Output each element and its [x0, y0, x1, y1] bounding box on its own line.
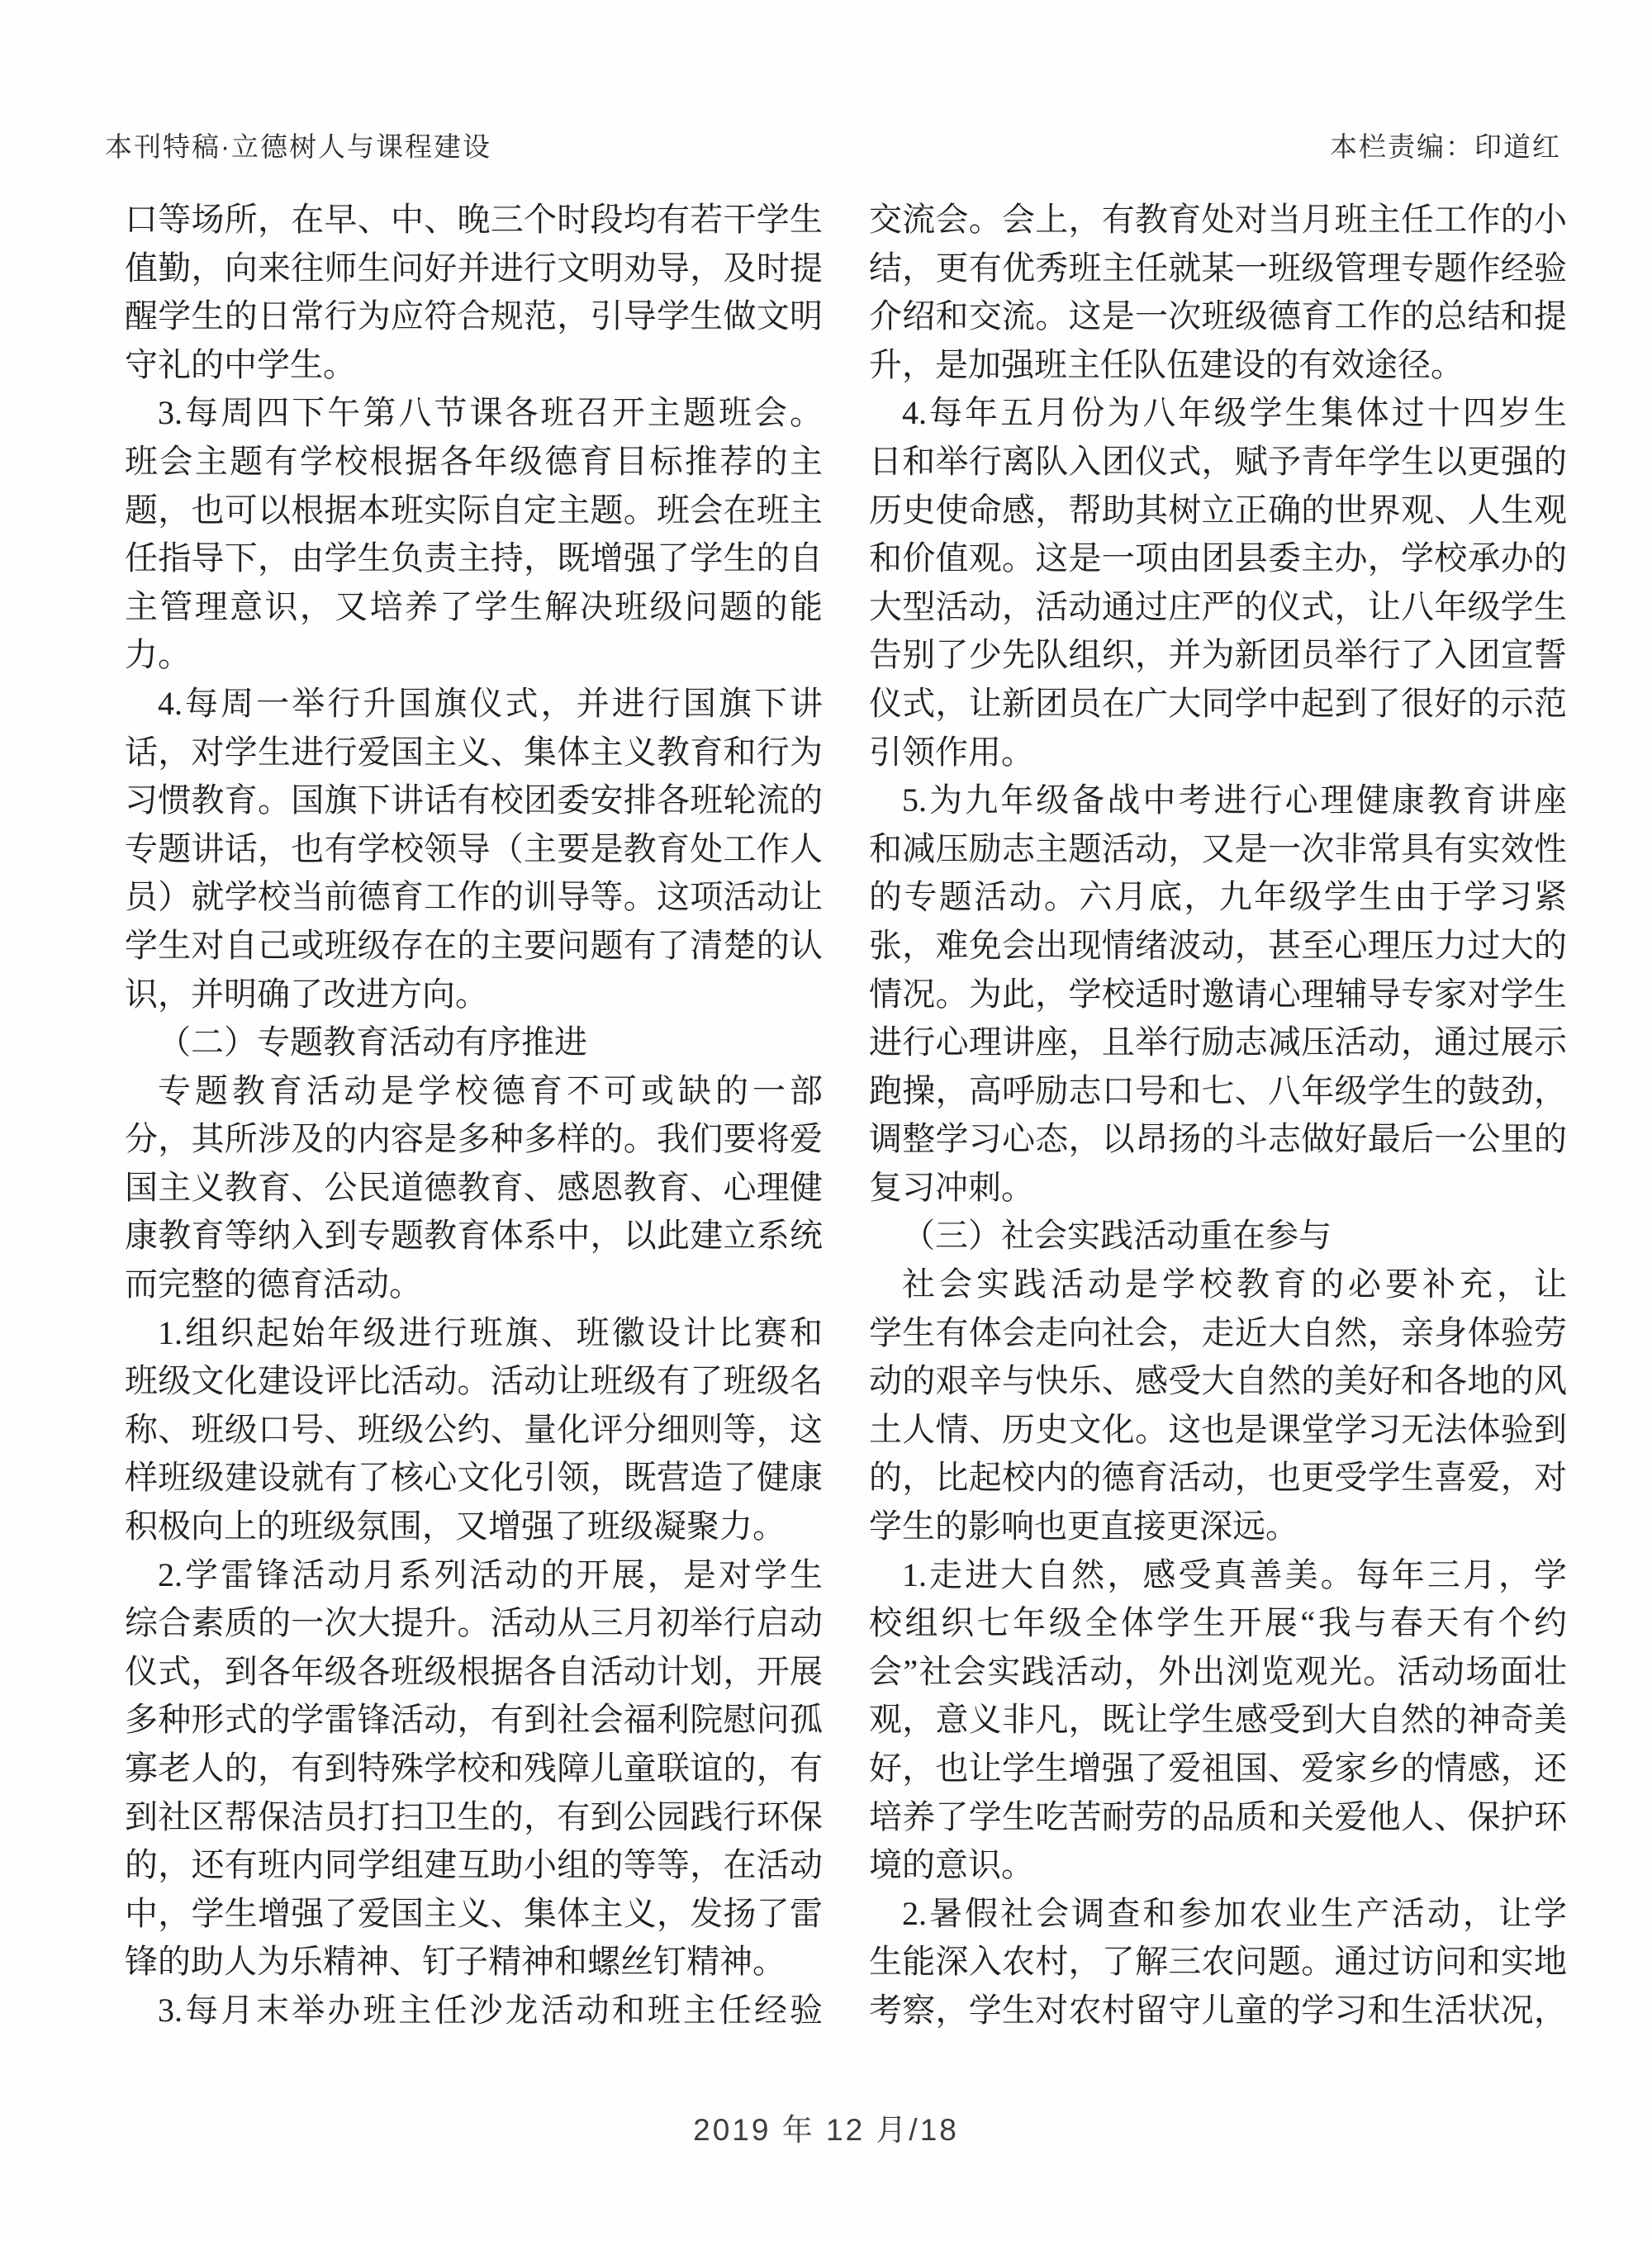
text-line: 社会实践活动是学校教育的必要补充，让: [869, 1261, 1567, 1309]
text-line: 醒学生的日常行为应符合规范，引导学生做文明: [125, 292, 823, 341]
text-line: 班会主题有学校根据各年级德育目标推荐的主: [125, 438, 823, 487]
text-line: 国主义教育、公民道德教育、感恩教育、心理健: [125, 1164, 823, 1213]
text-line: 学生有体会走向社会，走近大自然，亲身体验劳: [869, 1309, 1567, 1358]
header-column-title: 本刊特稿·立德树人与课程建设: [105, 131, 491, 164]
text-line: 称、班级口号、班级公约、量化评分细则等，这: [125, 1406, 823, 1455]
text-line: 话，对学生进行爱国主义、集体主义教育和行为: [125, 729, 823, 777]
column-right: 交流会。会上，有教育处对当月班主任工作的小结，更有优秀班主任就某一班级管理专题作…: [869, 196, 1567, 2035]
text-line: 康教育等纳入到专题教育体系中，以此建立系统: [125, 1212, 823, 1261]
text-line: 4.每周一举行升国旗仪式，并进行国旗下讲: [125, 680, 823, 729]
text-line: 仪式，到各年级各班级根据各自活动计划，开展: [125, 1648, 823, 1697]
header-editor-credit: 本栏责编：印道红: [1330, 131, 1561, 164]
text-line: 培养了学生吃苦耐劳的品质和关爱他人、保护环: [869, 1793, 1567, 1842]
text-line: 日和举行离队入团仪式，赋予青年学生以更强的: [869, 438, 1567, 487]
text-line: 员）就学校当前德育工作的训导等。这项活动让: [125, 873, 823, 922]
text-line: 的专题活动。六月底，九年级学生由于学习紧: [869, 873, 1567, 922]
text-line: 和价值观。这是一项由团县委主办，学校承办的: [869, 534, 1567, 583]
text-line: （三）社会实践活动重在参与: [869, 1212, 1567, 1261]
text-line: 多种形式的学雷锋活动，有到社会福利院慰问孤: [125, 1696, 823, 1745]
text-line: 情况。为此，学校适时邀请心理辅导专家对学生: [869, 971, 1567, 1019]
text-line: 调整学习心态，以昂扬的斗志做好最后一公里的: [869, 1115, 1567, 1164]
text-line: 境的意识。: [869, 1841, 1567, 1890]
text-line: 样班级建设就有了核心文化引领，既营造了健康: [125, 1454, 823, 1503]
text-line: 生能深入农村，了解三农问题。通过访问和实地: [869, 1938, 1567, 1987]
text-line: 观，意义非凡，既让学生感受到大自然的神奇美: [869, 1696, 1567, 1745]
text-line: 2.学雷锋活动月系列活动的开展，是对学生: [125, 1551, 823, 1600]
text-line: 升，是加强班主任队伍建设的有效途径。: [869, 341, 1567, 390]
text-line: 土人情、历史文化。这也是课堂学习无法体验到: [869, 1406, 1567, 1455]
document-page: 本刊特稿·立德树人与课程建设 本栏责编：印道红 口等场所，在早、中、晚三个时段均…: [0, 0, 1652, 2241]
text-line: 好，也让学生增强了爱祖国、爱家乡的情感，还: [869, 1745, 1567, 1793]
text-line: 寡老人的，有到特殊学校和残障儿童联谊的，有: [125, 1745, 823, 1793]
footer-page-info: 2019 年 12 月/18: [0, 2105, 1652, 2149]
text-line: 力。: [125, 631, 823, 680]
text-line: 班级文化建设评比活动。活动让班级有了班级名: [125, 1357, 823, 1406]
text-line: 告别了少先队组织，并为新团员举行了入团宣誓: [869, 631, 1567, 680]
text-line: 历史使命感，帮助其树立正确的世界观、人生观: [869, 487, 1567, 535]
text-line: 积极向上的班级氛围，又增强了班级凝聚力。: [125, 1503, 823, 1551]
text-line: 2.暑假社会调查和参加农业生产活动，让学: [869, 1890, 1567, 1939]
text-line: 口等场所，在早、中、晚三个时段均有若干学生: [125, 196, 823, 245]
text-line: 结，更有优秀班主任就某一班级管理专题作经验: [869, 245, 1567, 293]
text-line: 守礼的中学生。: [125, 341, 823, 390]
text-line: 专题讲话，也有学校领导（主要是教育处工作人: [125, 825, 823, 874]
text-line: 5.为九年级备战中考进行心理健康教育讲座: [869, 776, 1567, 825]
text-line: 任指导下，由学生负责主持，既增强了学生的自: [125, 534, 823, 583]
text-line: 中，学生增强了爱国主义、集体主义，发扬了雷: [125, 1890, 823, 1939]
text-line: 和减压励志主题活动，又是一次非常具有实效性: [869, 825, 1567, 874]
text-line: 3.每月末举办班主任沙龙活动和班主任经验: [125, 1987, 823, 2035]
text-line: 动的艰辛与快乐、感受大自然的美好和各地的风: [869, 1357, 1567, 1406]
text-line: 交流会。会上，有教育处对当月班主任工作的小: [869, 196, 1567, 245]
text-line: 主管理意识，又培养了学生解决班级问题的能: [125, 583, 823, 632]
text-line: 锋的助人为乐精神、钉子精神和螺丝钉精神。: [125, 1938, 823, 1987]
text-line: 识，并明确了改进方向。: [125, 971, 823, 1019]
text-line: 而完整的德育活动。: [125, 1261, 823, 1309]
text-line: 学生的影响也更直接更深远。: [869, 1503, 1567, 1551]
text-line: 4.每年五月份为八年级学生集体过十四岁生: [869, 389, 1567, 438]
text-line: 题，也可以根据本班实际自定主题。班会在班主: [125, 487, 823, 535]
text-line: （二）专题教育活动有序推进: [125, 1018, 823, 1067]
text-line: 1.走进大自然，感受真善美。每年三月，学: [869, 1551, 1567, 1600]
text-line: 复习冲刺。: [869, 1164, 1567, 1213]
text-line: 习惯教育。国旗下讲话有校团委安排各班轮流的: [125, 776, 823, 825]
text-line: 大型活动，活动通过庄严的仪式，让八年级学生: [869, 583, 1567, 632]
column-left: 口等场所，在早、中、晚三个时段均有若干学生值勤，向来往师生问好并进行文明劝导，及…: [125, 196, 823, 2035]
text-line: 介绍和交流。这是一次班级德育工作的总结和提: [869, 292, 1567, 341]
text-line: 3.每周四下午第八节课各班召开主题班会。: [125, 389, 823, 438]
text-line: 考察，学生对农村留守儿童的学习和生活状况，: [869, 1987, 1567, 2035]
text-line: 的，比起校内的德育活动，也更受学生喜爱，对: [869, 1454, 1567, 1503]
text-line: 进行心理讲座，且举行励志减压活动，通过展示: [869, 1018, 1567, 1067]
text-line: 仪式，让新团员在广大同学中起到了很好的示范: [869, 680, 1567, 729]
text-line: 分，其所涉及的内容是多种多样的。我们要将爱: [125, 1115, 823, 1164]
text-line: 1.组织起始年级进行班旗、班徽设计比赛和: [125, 1309, 823, 1358]
text-line: 引领作用。: [869, 729, 1567, 777]
text-line: 到社区帮保洁员打扫卫生的，有到公园践行环保: [125, 1793, 823, 1842]
text-line: 的，还有班内同学组建互助小组的等等，在活动: [125, 1841, 823, 1890]
text-line: 跑操，高呼励志口号和七、八年级学生的鼓劲，: [869, 1067, 1567, 1116]
text-line: 专题教育活动是学校德育不可或缺的一部: [125, 1067, 823, 1116]
text-line: 会”社会实践活动，外出浏览观光。活动场面壮: [869, 1648, 1567, 1697]
text-line: 综合素质的一次大提升。活动从三月初举行启动: [125, 1599, 823, 1648]
text-line: 张，难免会出现情绪波动，甚至心理压力过大的: [869, 922, 1567, 971]
text-line: 学生对自己或班级存在的主要问题有了清楚的认: [125, 922, 823, 971]
text-line: 校组织七年级全体学生开展“我与春天有个约: [869, 1599, 1567, 1648]
text-line: 值勤，向来往师生问好并进行文明劝导，及时提: [125, 245, 823, 293]
